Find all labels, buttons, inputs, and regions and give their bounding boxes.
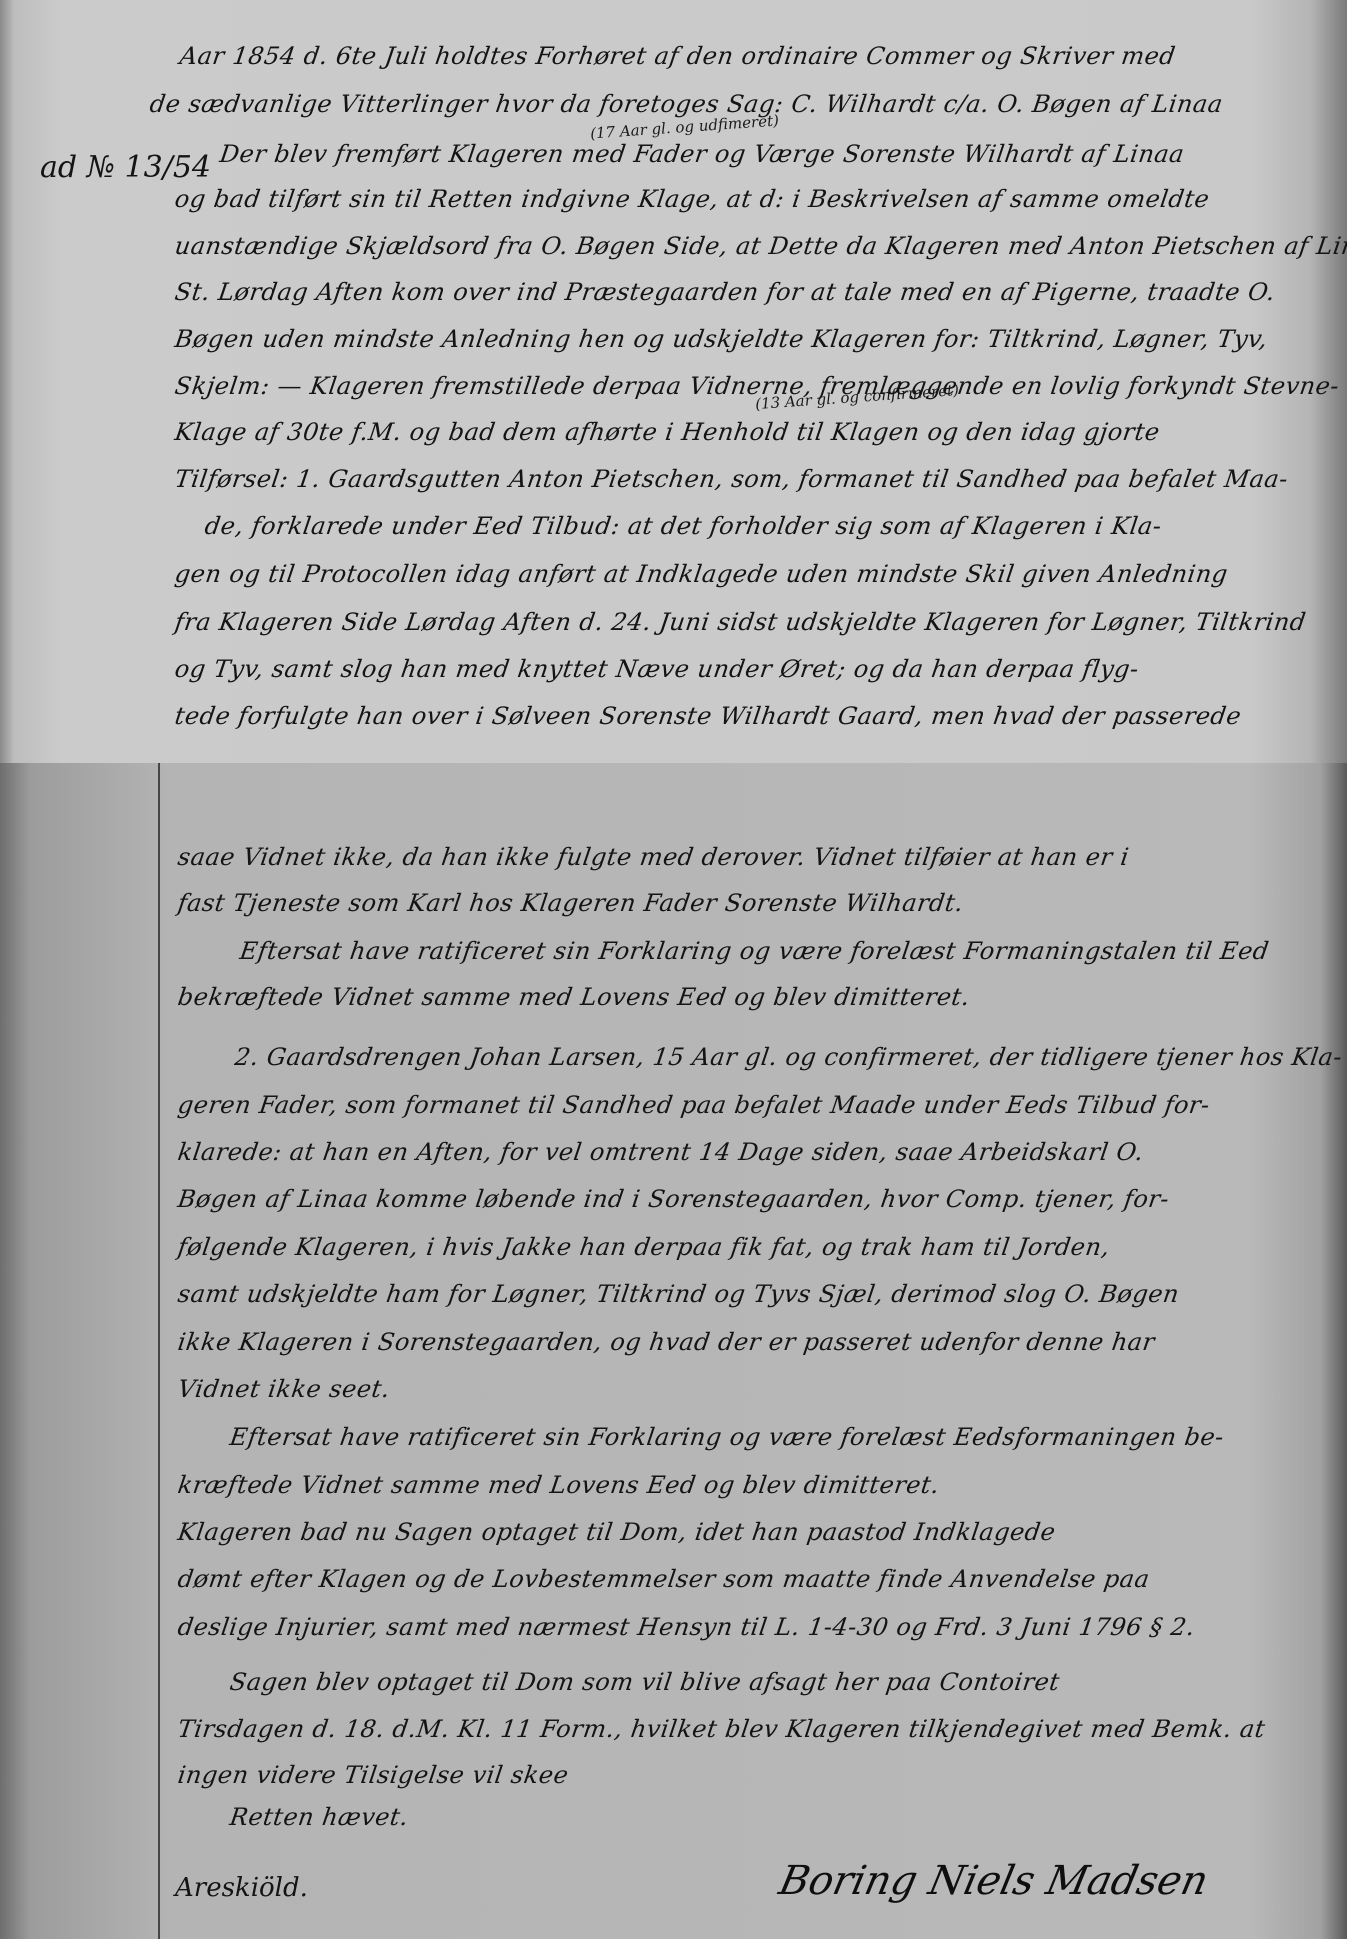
text-line: fra Klageren Side Lørdag Aften d. 24. Ju…	[173, 608, 1308, 636]
text-line: Retten hævet.	[228, 1803, 410, 1831]
text-line: Klageren bad nu Sagen optaget til Dom, i…	[176, 1518, 1057, 1546]
text-line: deslige Injurier, samt med nærmest Hensy…	[176, 1613, 1197, 1641]
text-line: og Tyv, samt slog han med knyttet Næve u…	[173, 655, 1141, 683]
text-line: Tilførsel: 1. Gaardsgutten Anton Pietsch…	[173, 465, 1290, 493]
text-line: geren Fader, som formanet til Sandhed pa…	[176, 1091, 1212, 1119]
text-line: uanstændige Skjældsord fra O. Bøgen Side…	[173, 232, 1347, 260]
margin-rule	[158, 763, 160, 1939]
top-page-scan: ad № 13/54 (17 Aar gl. og udfimeret) (13…	[0, 0, 1347, 763]
text-line: Vidnet ikke seet.	[176, 1375, 392, 1403]
text-line: Aar 1854 d. 6te Juli holdtes Forhøret af…	[178, 42, 1177, 70]
bottom-page-scan: saae Vidnet ikke, da han ikke fulgte med…	[0, 763, 1347, 1939]
text-line: de sædvanlige Vitterlinger hvor da foret…	[148, 90, 1225, 118]
text-line: følgende Klageren, i hvis Jakke han derp…	[176, 1233, 1112, 1261]
text-line: Bøgen uden mindste Anledning hen og udsk…	[173, 325, 1269, 353]
text-line: ikke Klageren i Sorenstegaarden, og hvad…	[176, 1328, 1157, 1356]
text-line: St. Lørdag Aften kom over ind Præstegaar…	[173, 278, 1277, 306]
signature-right: Boring Niels Madsen	[775, 1858, 1212, 1904]
signature-left: Areskiöld.	[175, 1873, 308, 1903]
text-line: Klage af 30te f.M. og bad dem afhørte i …	[173, 418, 1162, 446]
text-line: klarede: at han en Aften, for vel omtren…	[176, 1138, 1145, 1166]
text-line: Bøgen af Linaa komme løbende ind i Soren…	[176, 1185, 1171, 1213]
text-line: 2. Gaardsdrengen Johan Larsen, 15 Aar gl…	[233, 1043, 1344, 1071]
case-number-margin-note: ad № 13/54	[40, 150, 211, 185]
text-line: Eftersat have ratificeret sin Forklaring…	[238, 937, 1271, 965]
text-line: Sagen blev optaget til Dom som vil blive…	[228, 1668, 1062, 1696]
text-line: Tirsdagen d. 18. d.M. Kl. 11 Form., hvil…	[176, 1715, 1267, 1743]
text-line: gen og til Protocollen idag anført at In…	[173, 560, 1230, 588]
text-line: Eftersat have ratificeret sin Forklaring…	[228, 1423, 1226, 1451]
text-line: Skjelm: — Klageren fremstillede derpaa V…	[173, 372, 1341, 400]
text-line: Der blev fremført Klageren med Fader og …	[218, 140, 1186, 168]
text-line: de, forklarede under Eed Tilbud: at det …	[203, 512, 1164, 540]
text-line: kræftede Vidnet samme med Lovens Eed og …	[176, 1471, 941, 1499]
text-line: og bad tilført sin til Retten indgivne K…	[173, 185, 1211, 213]
text-line: fast Tjeneste som Karl hos Klageren Fade…	[176, 889, 965, 917]
text-line: tede forfulgte han over i Sølveen Sorens…	[173, 702, 1243, 730]
text-line: samt udskjeldte ham for Løgner, Tiltkrin…	[176, 1280, 1181, 1308]
text-line: bekræftede Vidnet samme med Lovens Eed o…	[176, 983, 972, 1011]
text-line: saae Vidnet ikke, da han ikke fulgte med…	[176, 843, 1131, 871]
text-line: ingen videre Tilsigelse vil skee	[176, 1761, 570, 1789]
text-line: dømt efter Klagen og de Lovbestemmelser …	[176, 1565, 1151, 1593]
